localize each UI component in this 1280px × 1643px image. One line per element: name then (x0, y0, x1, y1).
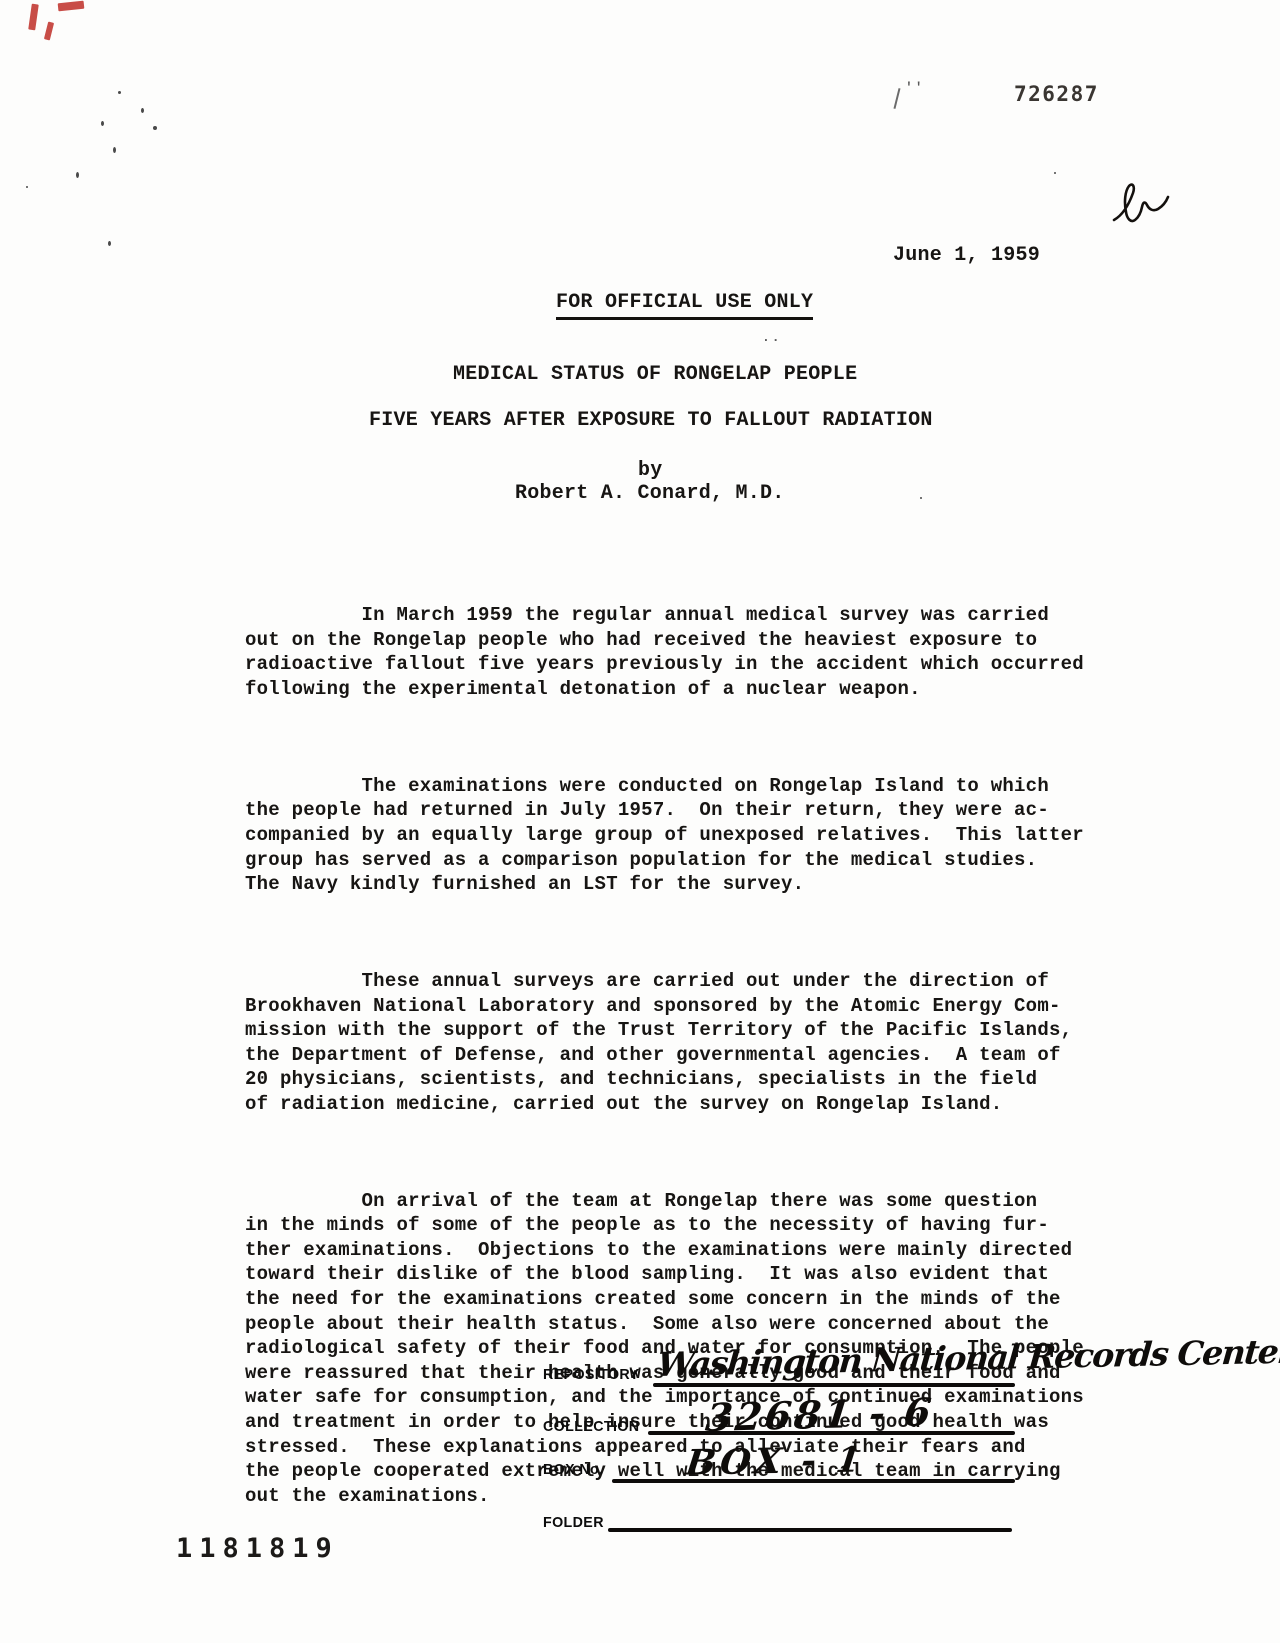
collection-value-handwriting: 32681 - 6 (704, 1393, 936, 1437)
scan-speck (1054, 172, 1056, 174)
repository-line (653, 1383, 1015, 1387)
stray-dots: .. (762, 330, 782, 345)
folder-line (608, 1528, 1012, 1532)
scan-speck (141, 108, 144, 113)
document-title-line2: FIVE YEARS AFTER EXPOSURE TO FALLOUT RAD… (369, 410, 933, 432)
pen-slash-mark (893, 88, 900, 109)
cursive-r-glyph (1108, 180, 1170, 234)
box-number-value-handwriting: BOX - 1 (684, 1442, 867, 1480)
scan-speck (153, 126, 157, 130)
paragraph-1: In March 1959 the regular annual medical… (245, 603, 1105, 701)
document-date: June 1, 1959 (893, 245, 1040, 267)
scanned-document-page: 726287 '' June 1, 1959 FOR OFFICIAL USE … (0, 0, 1280, 1643)
paragraph-3: These annual surveys are carried out und… (245, 969, 1105, 1117)
scan-speck (920, 497, 922, 499)
handwritten-initial-mark (1108, 180, 1170, 239)
stamp-number: 1181819 (176, 1533, 339, 1564)
scan-speck (76, 172, 79, 178)
collection-label: COLLECTION (543, 1418, 639, 1435)
red-pen-mark (28, 4, 39, 31)
author-name: Robert A. Conard, M.D. (515, 483, 785, 505)
document-body: In March 1959 the regular annual medical… (245, 554, 1105, 1558)
classification-heading: FOR OFFICIAL USE ONLY (556, 292, 813, 320)
document-number: 726287 (1014, 82, 1099, 106)
red-pen-mark (58, 1, 85, 12)
scan-speck (118, 91, 121, 94)
red-pen-mark (44, 22, 54, 41)
document-title-line1: MEDICAL STATUS OF RONGELAP PEOPLE (453, 364, 857, 386)
folder-label: FOLDER (543, 1514, 604, 1531)
scan-speck (113, 147, 116, 153)
scan-speck (26, 186, 28, 188)
pen-dot-marks: '' (905, 80, 925, 95)
box-number-label: BOX No. (543, 1461, 603, 1478)
paragraph-2: The examinations were conducted on Ronge… (245, 774, 1105, 897)
scan-speck (108, 241, 111, 246)
repository-label: REPOSITORY (543, 1366, 639, 1383)
byline: by (638, 460, 663, 482)
scan-speck (101, 121, 104, 126)
